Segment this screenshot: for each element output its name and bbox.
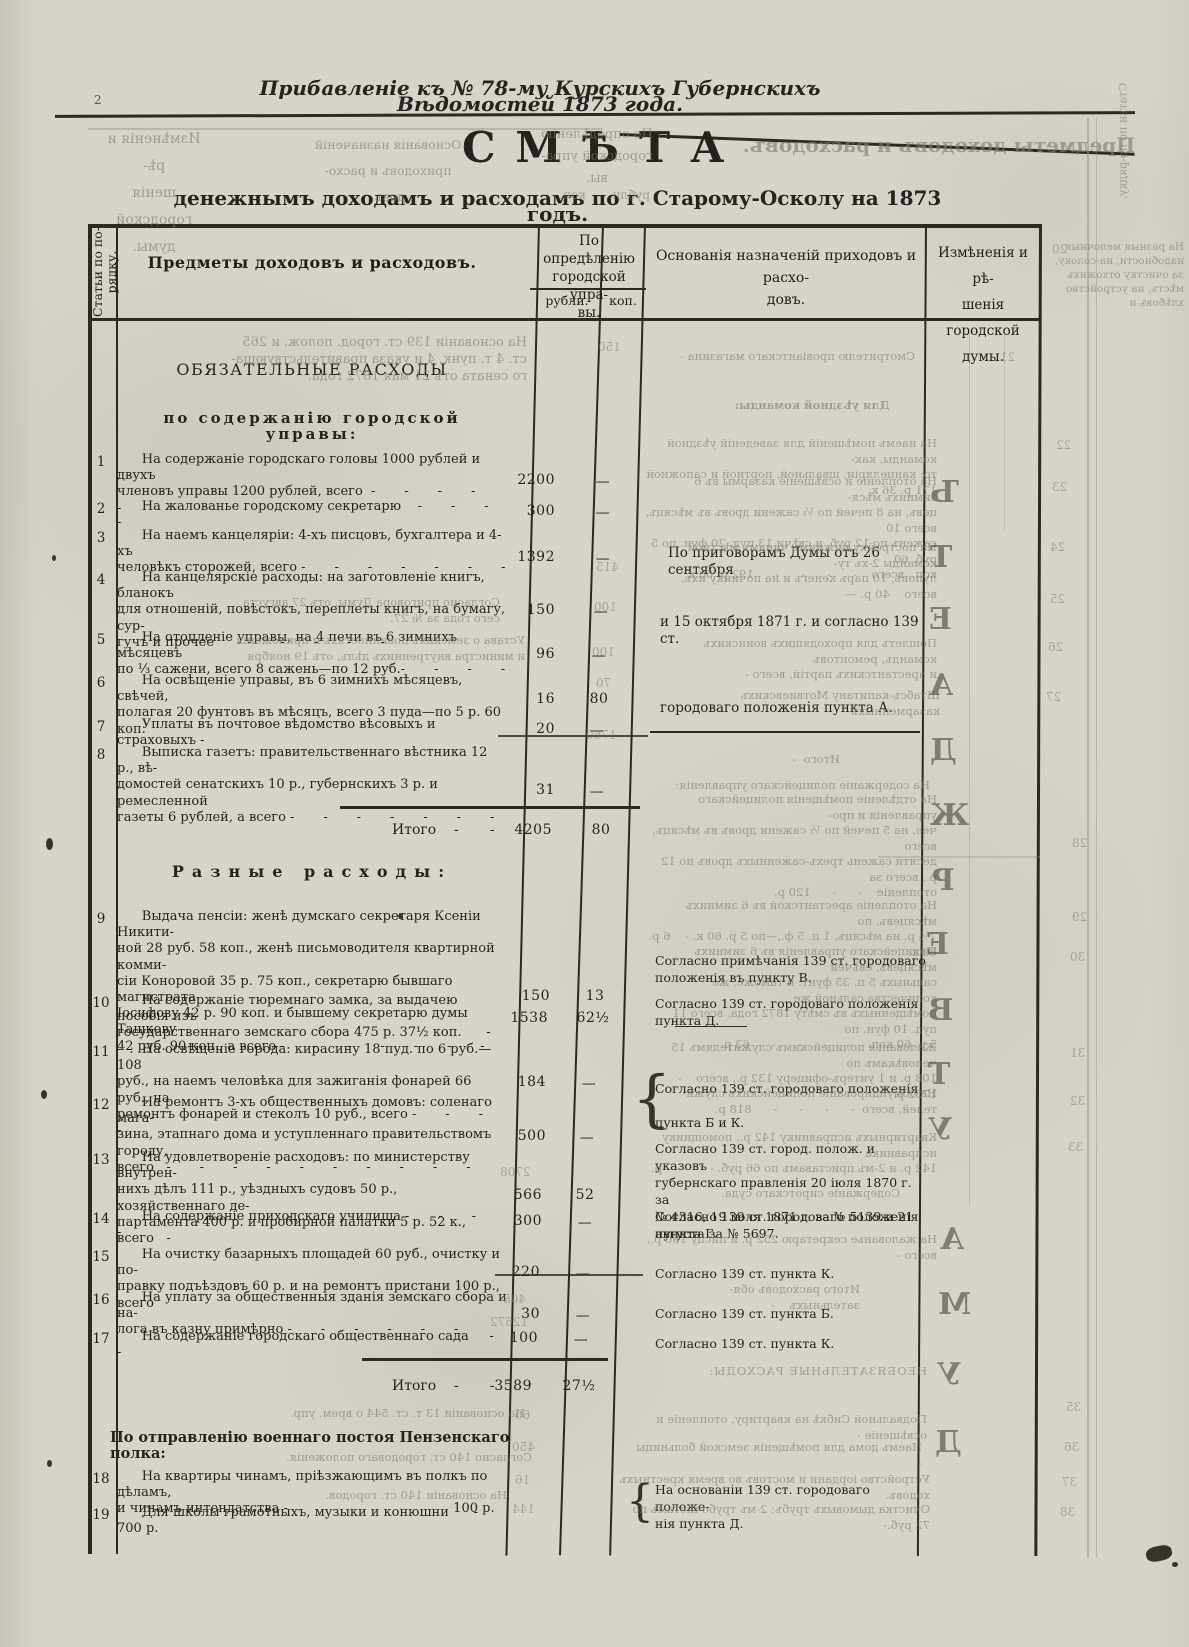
article-number: 15: [88, 1249, 114, 1265]
row-text: На жалованье городскому секретарю - - - …: [117, 499, 507, 531]
col-line-rub-kop: [559, 224, 604, 1555]
bleedthrough-letter: В: [928, 993, 953, 1028]
value-rule: [495, 1274, 643, 1276]
article-number: 11: [88, 1044, 114, 1060]
row-text: Выписка газетъ: правительственнаго вѣстн…: [117, 745, 507, 826]
bleedthrough-text: Итого расходовъ обя- зательныхъ -: [660, 1282, 860, 1313]
article-number: 14: [88, 1211, 114, 1227]
ink-speck: [41, 1090, 47, 1099]
bleedthrough-number: 20: [1052, 242, 1067, 258]
bleedthrough-number: 144: [512, 1502, 535, 1518]
bleedthrough-number: 150: [598, 340, 621, 356]
bleed-line: [1087, 118, 1089, 1558]
kop-value: 80: [576, 691, 622, 707]
ink-speck: [398, 914, 403, 919]
bleedthrough-text: На основаніи 13 т. ст. 544 о врем. упр.: [255, 1406, 525, 1422]
bleedthrough-letter: Д: [935, 1425, 962, 1460]
bleedthrough-text: Измѣненія и рѣ- шенія городской думы.: [95, 126, 213, 261]
value-rule: [498, 735, 648, 737]
ink-speck: [47, 1460, 52, 1467]
basis-note: Согласно 139 ст. пункта К.: [655, 1335, 927, 1352]
bleedthrough-number: 25: [1050, 592, 1065, 608]
kop-value: —: [580, 474, 626, 490]
bleedthrough-number: 12672: [490, 1315, 528, 1331]
bleedthrough-text: На основаніи 140 ст. городов.: [295, 1488, 507, 1504]
rub-value: 184: [446, 1074, 546, 1090]
table-top-border: [88, 224, 1040, 228]
article-number: 19: [88, 1507, 114, 1523]
bleedthrough-number: 28: [1072, 836, 1087, 852]
total-kop: 80: [578, 822, 624, 838]
bleedthrough-text: На разныя мелочныя надобности, на-солоку…: [1048, 240, 1184, 310]
kop-value: 52: [562, 1187, 608, 1203]
rub-value: 300: [442, 1213, 542, 1229]
bleedthrough-letter: Т: [928, 1057, 950, 1092]
bleedthrough-number: 26: [1048, 640, 1063, 656]
total-rub: 3589: [432, 1378, 532, 1394]
bleedthrough-text: Основанія назначеній приходовъ и расхо- …: [288, 132, 488, 210]
bleedthrough-number: 27: [1046, 690, 1061, 706]
bleed-line: [878, 856, 1040, 858]
bleedthrough-text: Подвальной Сибкѣ на квартиру, отопленіе …: [622, 1412, 927, 1443]
bleedthrough-text: На жалованье секретарю 252 р. и писцу 15…: [645, 1232, 937, 1263]
bleedthrough-number: 32: [1070, 1094, 1085, 1110]
bleedthrough-text: На постройку нижнимъ чинамъ мѣстной кома…: [645, 540, 937, 602]
bleed-line: [1004, 330, 1005, 530]
kop-value: —: [566, 1076, 612, 1092]
kop-value: —: [574, 784, 620, 800]
bleedthrough-number: 408: [503, 1292, 526, 1308]
bleedthrough-text: Наемъ дома для помѣщенія земской больниц…: [630, 1440, 922, 1471]
bleedthrough-text: Смотрителю провіантскаго магазина -: [665, 349, 915, 365]
bleedthrough-text: Предметы доходовъ и расходовъ.: [655, 138, 1135, 154]
bleedthrough-number: 33: [1068, 1140, 1083, 1156]
rub-value: 16: [455, 691, 555, 707]
ink-speck: [1172, 1562, 1178, 1567]
rub-value: 300: [455, 503, 555, 519]
bleedthrough-letter: А: [940, 1222, 964, 1257]
bleedthrough-number: 38: [1060, 1505, 1075, 1521]
kop-value: 13: [572, 988, 618, 1004]
article-number: 4: [88, 572, 114, 588]
article-number: 13: [88, 1152, 114, 1168]
bleedthrough-letter: Т: [930, 540, 952, 575]
bleedthrough-text: Пошлетъ для проходящихъ воинскихъ команд…: [645, 636, 937, 683]
bleedthrough-number: 450: [512, 1440, 535, 1456]
bleedthrough-number: 35: [1066, 1400, 1081, 1416]
bleedthrough-text: Статьи по по-рядку.: [1115, 83, 1131, 213]
bleedthrough-number: 60: [515, 1408, 530, 1424]
ink-speck: [52, 555, 56, 561]
kop-value: —: [560, 1308, 606, 1324]
bleedthrough-letter: Ъ: [930, 475, 959, 510]
bleedthrough-text: Для уѣздной команды:: [690, 398, 890, 414]
bleed-line: [88, 128, 603, 130]
bleedthrough-letter: У: [928, 1112, 952, 1147]
bleedthrough-number: 30: [1070, 950, 1085, 966]
section-uprava-maintenance: по содержанію городской управы:: [117, 410, 507, 442]
bleedthrough-number: 21: [1000, 350, 1015, 366]
kop-value: —: [558, 1332, 604, 1348]
article-number: 1: [88, 454, 114, 470]
bleedthrough-number: 16: [515, 1473, 530, 1489]
ink-speck: [46, 838, 53, 850]
bleedthrough-text: По опредѣленію городской упра- вы.: [540, 124, 654, 190]
rub-value: 1392: [455, 549, 555, 565]
col-line-subjects: [505, 224, 539, 1556]
bleedthrough-text: Содержаніе сиротскаго суда.: [680, 1186, 900, 1202]
bleedthrough-text: На основаніи 139 ст. город. полож. и 265…: [175, 334, 527, 385]
kop-value: —: [580, 505, 626, 521]
col-line-kop-basis: [609, 224, 646, 1556]
bleed-line: [1096, 118, 1097, 1558]
article-number: 7: [88, 719, 114, 735]
rub-value: 31: [455, 782, 555, 798]
col-header-basis: Основанія назначеній приходовъ и расхо- …: [650, 245, 922, 311]
bleedthrough-text: Устройство іордани и мостовъ во время кр…: [618, 1472, 930, 1503]
article-number: 10: [88, 995, 114, 1011]
bleedthrough-number: 70: [596, 676, 611, 692]
total-rub: 4205: [452, 822, 552, 838]
bleedthrough-text: На обмундированіе полицейскихъ служи- те…: [645, 1086, 937, 1117]
bleedthrough-letter: А: [929, 668, 953, 703]
bleedthrough-letter: У: [937, 1357, 961, 1392]
bleedthrough-text: Согласно 140 ст. городоваго положенія.: [270, 1450, 532, 1466]
article-number: 16: [88, 1292, 114, 1308]
article-number: 2: [88, 501, 114, 517]
bleedthrough-number: 22: [1056, 438, 1071, 454]
table-left-border: [88, 224, 92, 1554]
bleedthrough-number: 24: [1050, 540, 1065, 556]
bleedthrough-number: 31: [1070, 1046, 1085, 1062]
bleedthrough-number: 100: [594, 600, 617, 616]
bleedthrough-number: 415: [596, 560, 619, 576]
bleedthrough-text: Штабсъ-капитану Мотвиевскихъ казарменных…: [655, 688, 940, 719]
rub-value: 150: [450, 988, 550, 1004]
article-number: 6: [88, 675, 114, 691]
article-number: 17: [88, 1331, 114, 1347]
bleedthrough-number: 36: [1064, 1440, 1079, 1456]
article-number: 3: [88, 530, 114, 546]
basis-note: Согласно 139 ст. пункта К.: [655, 1265, 927, 1282]
rub-value: 2200: [455, 472, 555, 488]
article-number: 8: [88, 747, 114, 763]
article-number: 5: [88, 632, 114, 648]
bleedthrough-number: 29: [1072, 910, 1087, 926]
bleedthrough-text: рубли. коп.: [545, 188, 650, 204]
rub-value: 220: [440, 1264, 540, 1280]
rub-value: 1538: [448, 1010, 548, 1026]
kop-value: 62½: [570, 1010, 616, 1026]
rub-value: 566: [442, 1187, 542, 1203]
kop-value: —: [564, 1130, 610, 1146]
bleedthrough-text: Согласно приговора Думы, отъ 27 августа …: [215, 595, 500, 626]
col-header-kop: коп.: [602, 293, 644, 309]
rub-value: 500: [446, 1128, 546, 1144]
bleedthrough-text: Квартирныхъ исправнику 142 р., помощнику…: [645, 1130, 937, 1177]
article-number: 12: [88, 1097, 114, 1113]
rub-value: 100: [438, 1330, 538, 1346]
bleedthrough-letter: Д: [930, 733, 957, 768]
bleedthrough-text: Очистка дымовыхъ трубъ: 2-мъ трубочистам…: [618, 1502, 930, 1533]
ink-speck: [1145, 1543, 1174, 1563]
bleed-line: [969, 335, 970, 1205]
running-head: Прибавленіе къ № 78-му Курскихъ Губернск…: [190, 80, 890, 112]
bleedthrough-text: НЕОБЯЗАТЕЛЬНЫЕ РАСХОДЫ:: [662, 1364, 927, 1380]
page-number: 2: [94, 92, 102, 108]
bleedthrough-letter: Р: [932, 863, 955, 898]
article-number: 9: [88, 911, 114, 927]
bleedthrough-text: Итого -: [740, 752, 840, 768]
total-kop: 27½: [556, 1378, 602, 1394]
bleedthrough-number: 1760: [586, 728, 617, 744]
bleedthrough-number: 37: [1062, 1475, 1077, 1491]
kop-value: —: [562, 1215, 608, 1231]
bleedthrough-text: Полицейскаго управленія въ 6 зимнихъ мѣс…: [645, 944, 937, 1053]
bleedthrough-number: 2708: [500, 1165, 531, 1181]
bleedthrough-letter: Ж: [930, 798, 969, 833]
bleedthrough-letter: Е: [929, 602, 952, 637]
total-rule-1: [340, 806, 640, 809]
bleedthrough-letter: Е: [926, 927, 949, 962]
basis-rule: [650, 731, 920, 733]
bleedthrough-number: 23: [1052, 480, 1067, 496]
bleedthrough-letter: М: [938, 1287, 971, 1322]
col-header-rub: рубли.: [532, 293, 602, 309]
row-text: Для школы грамотныхъ, музыки и конюшни -…: [117, 1505, 507, 1537]
article-number: 18: [88, 1471, 114, 1487]
col-header-changes: Измѣненія и рѣ- шенія городской думы.: [927, 240, 1039, 370]
bleedthrough-text: На отдѣленіе помѣщенія полицейскаго упра…: [645, 792, 937, 901]
section-misc-expenses: Разные расходы:: [117, 864, 507, 880]
bleedthrough-number: 100: [592, 645, 615, 661]
table-right-border: [1034, 224, 1042, 1556]
total-rule-2: [362, 1358, 608, 1361]
bleedthrough-text: Устава о земскихъ повинностяхъ и приложе…: [200, 633, 525, 664]
